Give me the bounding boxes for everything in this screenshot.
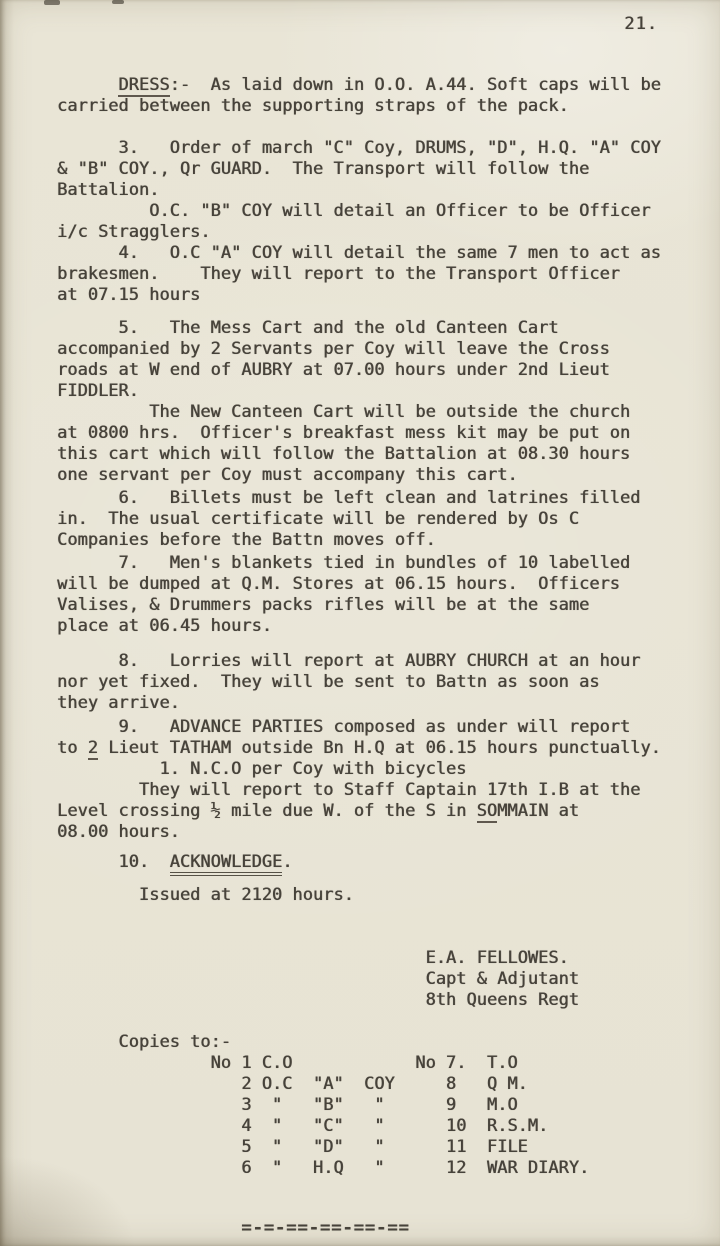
copies-row: 3 " "B" " 9 M.O: [211, 1095, 720, 1116]
copies-left-entry: 3 " "B" ": [211, 1095, 416, 1116]
copies-left-entry: 6 " H.Q ": [211, 1158, 416, 1179]
copies-left-entry: 4 " "C" ": [211, 1116, 416, 1137]
para-8-lorries: 8. Lorries will report at AUBRY CHURCH a…: [57, 651, 720, 714]
copies-row: 6 " H.Q " 12 WAR DIARY.: [211, 1158, 720, 1179]
scan-artifact: [112, 0, 124, 4]
document-content: DRESS:- As laid down in O.O. A.44. Soft …: [0, 0, 720, 1239]
para-9-advance-parties: 9. ADVANCE PARTIES composed as under wil…: [57, 717, 720, 843]
signature-unit: 8th Queens Regt: [425, 990, 720, 1011]
para-10-acknowledge: 10. ACKNOWLEDGE.: [57, 852, 720, 873]
copies-left-entry: No 1 C.O: [211, 1053, 416, 1074]
para-3-stragglers: O.C. "B" COY will detail an Officer to b…: [57, 201, 720, 243]
para-4-brakesmen: 4. O.C "A" COY will detail the same 7 me…: [57, 243, 720, 306]
signature-block: E.A. FELLOWES. Capt & Adjutant 8th Queen…: [425, 948, 720, 1011]
signature-name: E.A. FELLOWES.: [425, 948, 720, 969]
copies-to-list: No 1 C.ONo 7. T.O 2 O.C "A" COY 8 Q M. 3…: [211, 1053, 720, 1179]
signature-rank: Capt & Adjutant: [425, 969, 720, 990]
copies-right-entry: 8 Q M.: [415, 1074, 528, 1094]
scan-artifact: [44, 0, 60, 5]
copies-to-section: Copies to:- No 1 C.ONo 7. T.O 2 O.C "A" …: [57, 1032, 720, 1179]
document-body: DRESS:- As laid down in O.O. A.44. Soft …: [57, 75, 720, 906]
para-5-canteen-cart: The New Canteen Cart will be outside the…: [57, 402, 720, 486]
footer-rule: =-=-==-==-==-==: [241, 1218, 720, 1239]
copies-row: 2 O.C "A" COY 8 Q M.: [211, 1074, 720, 1095]
para-6-billets: 6. Billets must be left clean and latrin…: [57, 488, 720, 551]
copies-to-heading: Copies to:-: [118, 1032, 720, 1053]
para-3-order: 3. Order of march "C" Coy, DRUMS, "D", H…: [57, 138, 720, 201]
para-7-blankets: 7. Men's blankets tied in bundles of 10 …: [57, 553, 720, 637]
copies-row: 5 " "D" " 11 FILE: [211, 1137, 720, 1158]
copies-row: 4 " "C" " 10 R.S.M.: [211, 1116, 720, 1137]
para-dress: DRESS:- As laid down in O.O. A.44. Soft …: [57, 75, 720, 117]
copies-right-entry: 12 WAR DIARY.: [415, 1158, 589, 1178]
para-5-mess-cart: 5. The Mess Cart and the old Canteen Car…: [57, 318, 720, 402]
page-number: 21.: [624, 14, 658, 35]
copies-row: No 1 C.ONo 7. T.O: [211, 1053, 720, 1074]
para-issued: Issued at 2120 hours.: [57, 885, 720, 906]
copies-right-entry: 9 M.O: [415, 1095, 517, 1115]
copies-right-entry: 10 R.S.M.: [415, 1116, 548, 1136]
copies-right-entry: No 7. T.O: [415, 1053, 517, 1073]
copies-left-entry: 5 " "D" ": [211, 1137, 416, 1158]
copies-left-entry: 2 O.C "A" COY: [211, 1074, 416, 1095]
document-page: 21. DRESS:- As laid down in O.O. A.44. S…: [0, 0, 720, 1246]
copies-right-entry: 11 FILE: [415, 1137, 528, 1157]
